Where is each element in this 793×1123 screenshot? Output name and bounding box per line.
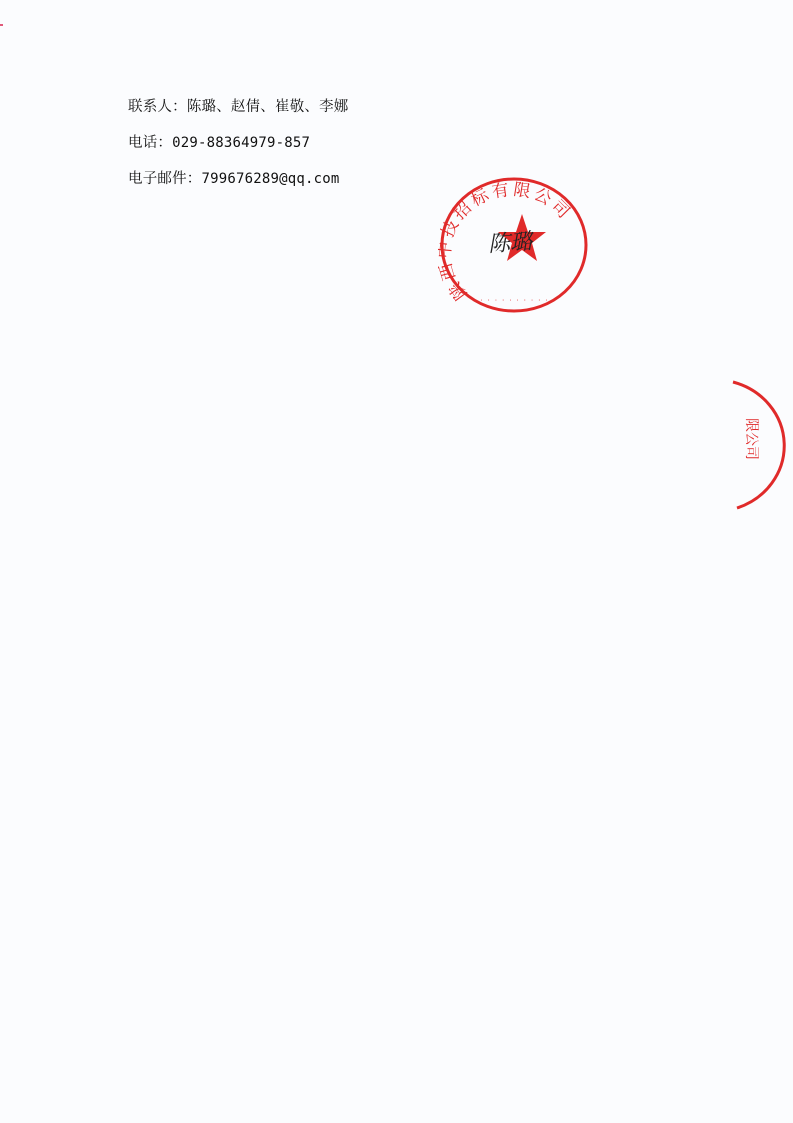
contact-phone-line: 电话：029-88364979-857 bbox=[128, 134, 349, 152]
contact-email-label: 电子邮件： bbox=[128, 171, 202, 187]
contact-phone-value: 029-88364979-857 bbox=[172, 135, 310, 151]
svg-text:· · · · · · · · · ·: · · · · · · · · · · bbox=[480, 297, 549, 304]
page-edge-mark bbox=[0, 24, 3, 26]
contact-email-line: 电子邮件：799676289@qq.com bbox=[128, 170, 349, 188]
handwritten-signature: 陈璐 bbox=[487, 225, 533, 259]
contact-people-label: 联系人： bbox=[128, 99, 187, 115]
partial-seal-edge: 限公司 bbox=[727, 378, 793, 512]
contact-email-value: 799676289@qq.com bbox=[202, 171, 340, 187]
contact-phone-label: 电话： bbox=[128, 135, 172, 151]
contact-people-value: 陈璐、赵倩、崔敬、李娜 bbox=[187, 99, 349, 115]
seal-edge-text: 限公司 bbox=[743, 418, 759, 460]
contact-block: 联系人：陈璐、赵倩、崔敬、李娜 电话：029-88364979-857 电子邮件… bbox=[128, 98, 349, 206]
contact-people-line: 联系人：陈璐、赵倩、崔敬、李娜 bbox=[128, 98, 349, 116]
